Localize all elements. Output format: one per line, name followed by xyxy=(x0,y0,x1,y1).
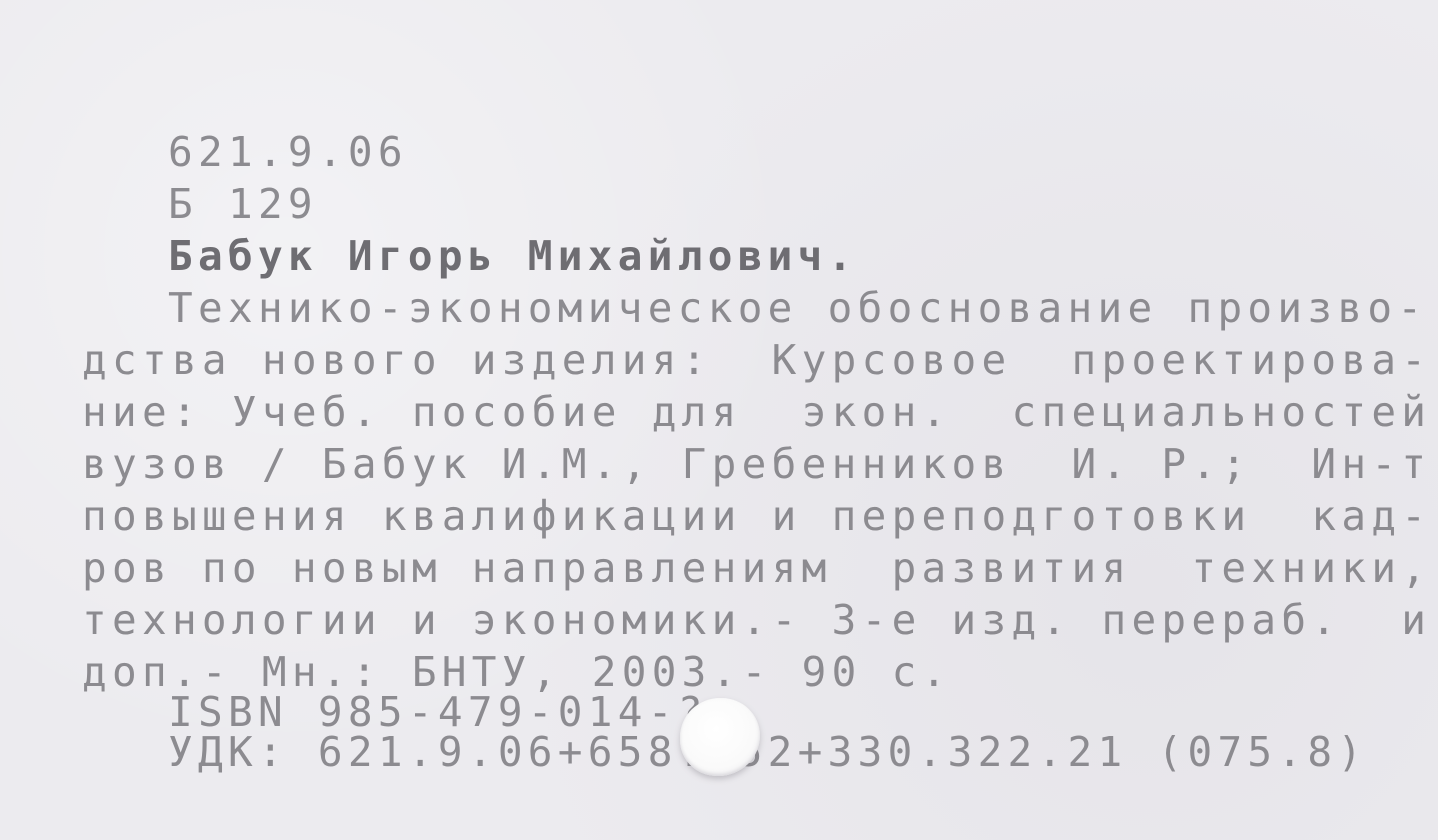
udk: УДК: 621.9.06+658.?52+330.322.21 (075.8) xyxy=(168,726,1367,778)
description-line: ние: Учеб. пособие для экон. специальнос… xyxy=(82,386,1431,438)
author-mark: Б 129 xyxy=(168,178,318,230)
description-line: технологии и экономики.- 3-е изд. перера… xyxy=(82,594,1431,646)
description-line: дства нового изделия: Курсовое проектиро… xyxy=(82,334,1431,386)
author-name: Бабук Игорь Михайлович. xyxy=(168,230,858,282)
description-line: вузов / Бабук И.М., Гребенников И. Р.; И… xyxy=(82,438,1431,490)
description-line: Технико-экономическое обоснование произв… xyxy=(168,282,1427,334)
classification-code: 621.9.06 xyxy=(168,126,408,178)
library-catalog-card: 621.9.06 Б 129 Бабук Игорь Михайлович. Т… xyxy=(0,0,1438,840)
description-line: ров по новым направлениям развития техни… xyxy=(82,542,1431,594)
description-line: повышения квалификации и переподготовки … xyxy=(82,490,1431,542)
